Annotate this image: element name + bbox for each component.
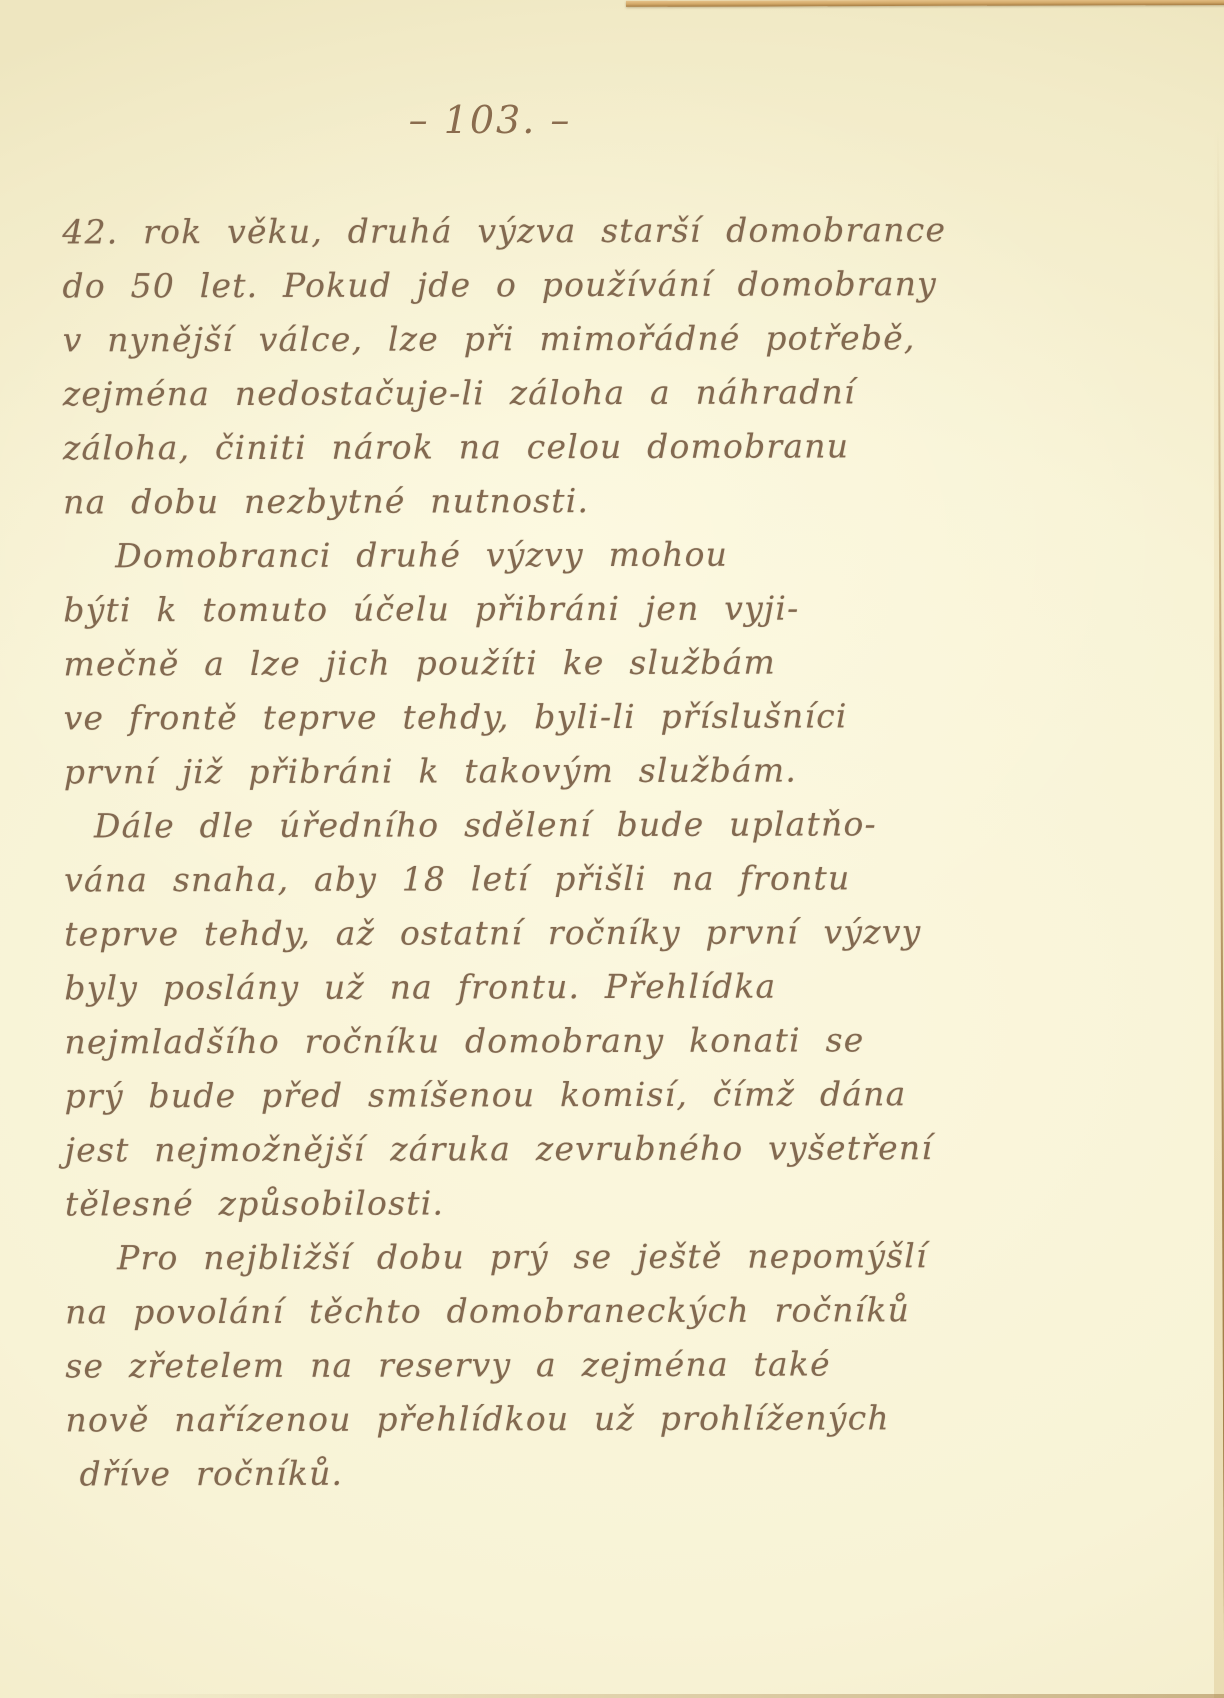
manuscript-line: ve frontě teprve tehdy, byli-li příslušn… — [64, 689, 1154, 746]
manuscript-line: na dobu nezbytné nutnosti. — [63, 473, 1153, 530]
manuscript-line: jest nejmožnější záruka zevrubného vyšet… — [65, 1121, 1155, 1178]
manuscript-line: tělesné způsobilosti. — [65, 1175, 1155, 1232]
manuscript-line: býti k tomuto účelu přibráni jen vyji- — [63, 581, 1153, 638]
manuscript-text: 42. rok věku, druhá výzva starší domobra… — [62, 203, 1155, 1502]
manuscript-line: mečně a lze jich použíti ke službám — [63, 635, 1153, 692]
manuscript-line: zejména nedostačuje-li záloha a náhradní — [63, 365, 1153, 422]
manuscript-line: 42. rok věku, druhá výzva starší domobra… — [62, 203, 1152, 260]
manuscript-line: do 50 let. Pokud jde o používání domobra… — [62, 257, 1152, 314]
manuscript-line: byly poslány už na frontu. Přehlídka — [64, 959, 1154, 1016]
manuscript-line: na povolání těchto domobraneckých ročník… — [65, 1283, 1155, 1340]
manuscript-line: Dále dle úředního sdělení bude uplatňo- — [64, 797, 1154, 854]
manuscript-line: v nynější válce, lze při mimořádné potře… — [63, 311, 1153, 368]
manuscript-page: – 103. – 42. rok věku, druhá výzva starš… — [0, 0, 1224, 1698]
manuscript-line: nově nařízenou přehlídkou už prohlíženýc… — [65, 1391, 1155, 1448]
manuscript-line: prý bude před smíšenou komisí, čímž dána — [65, 1067, 1155, 1124]
page-number: – 103. – — [340, 98, 640, 142]
manuscript-line: nejmladšího ročníku domobrany konati se — [64, 1013, 1154, 1070]
manuscript-line: dříve ročníků. — [66, 1445, 1156, 1502]
manuscript-line: vána snaha, aby 18 letí přišli na frontu — [64, 851, 1154, 908]
manuscript-line: první již přibráni k takovým službám. — [64, 743, 1154, 800]
manuscript-line: záloha, činiti nárok na celou domobranu — [63, 419, 1153, 476]
adjacent-page-top-edge — [626, 0, 1224, 7]
manuscript-line: teprve tehdy, až ostatní ročníky první v… — [64, 905, 1154, 962]
page-bottom-edge-shadow — [80, 1694, 1224, 1698]
manuscript-line: Domobranci druhé výzvy mohou — [63, 527, 1153, 584]
manuscript-line: se zřetelem na reservy a zejména také — [65, 1337, 1155, 1394]
manuscript-line: Pro nejbližší dobu prý se ještě nepomýšl… — [65, 1229, 1155, 1286]
